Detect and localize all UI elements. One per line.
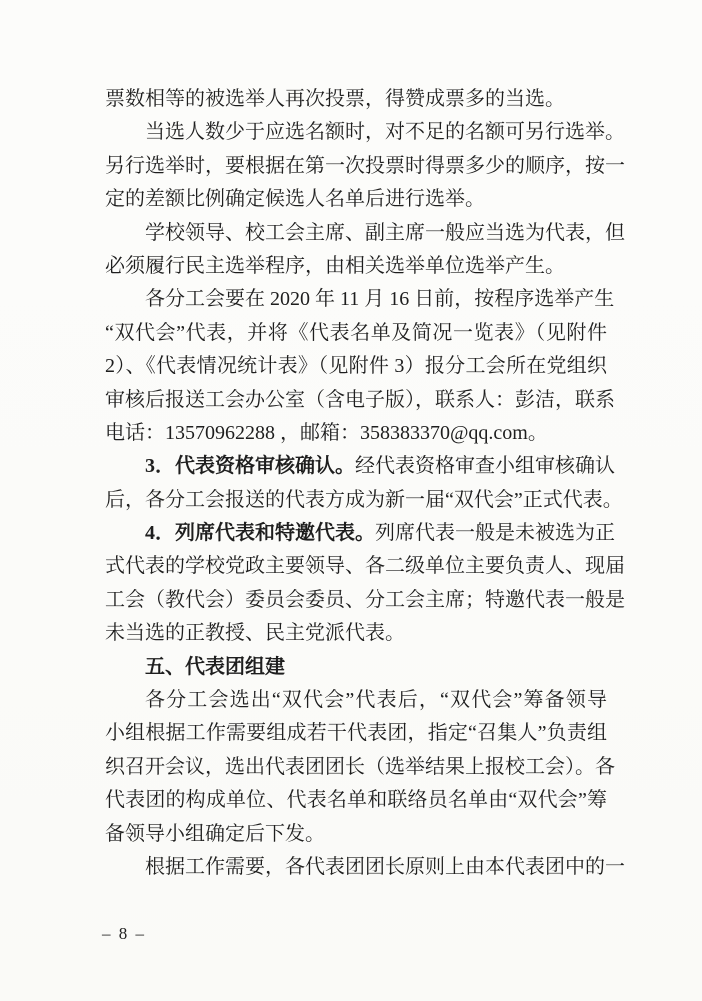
bold-text-segment: 3．代表资格审核确认。 bbox=[145, 455, 355, 477]
text-segment: 必须履行民主选举程序，由相关选举单位选举产生。 bbox=[105, 255, 565, 277]
text-line: “双代会”代表，并将《代表名单及简况一览表》（见附件 bbox=[105, 317, 607, 350]
text-line: 3．代表资格审核确认。经代表资格审查小组审核确认 bbox=[105, 450, 607, 483]
text-line: 根据工作需要，各代表团团长原则上由本代表团中的一 bbox=[105, 851, 607, 884]
text-line: 必须履行民主选举程序，由相关选举单位选举产生。 bbox=[105, 250, 607, 283]
text-line: 各分工会选出“双代会”代表后，“双代会”筹备领导 bbox=[105, 684, 607, 717]
text-line: 未当选的正教授、民主党派代表。 bbox=[105, 617, 607, 650]
text-segment: 织召开会议，选出代表团团长（选举结果上报校工会）。各 bbox=[105, 756, 615, 778]
text-line: 电话：13570962288 ，邮箱：358383370@qq.com。 bbox=[105, 417, 607, 450]
text-segment: 定的差额比例确定候选人名单后进行选举。 bbox=[105, 188, 485, 210]
text-line: 备领导小组确定后下发。 bbox=[105, 818, 607, 851]
text-segment: 各分工会要在 2020 年 11 月 16 日前，按程序选举产生 bbox=[145, 288, 614, 310]
text-line: 定的差额比例确定候选人名单后进行选举。 bbox=[105, 183, 607, 216]
bold-text-segment: 4．列席代表和特邀代表。 bbox=[145, 522, 375, 544]
text-line: 另行选举时，要根据在第一次投票时得票多少的顺序，按一 bbox=[105, 150, 607, 183]
page-number: – 8 – bbox=[102, 924, 146, 944]
text-line: 审核后报送工会办公室（含电子版），联系人：彭洁，联系 bbox=[105, 384, 607, 417]
text-line: 织召开会议，选出代表团团长（选举结果上报校工会）。各 bbox=[105, 751, 607, 784]
text-line: 当选人数少于应选名额时，对不足的名额可另行选举。 bbox=[105, 116, 607, 149]
text-segment: 根据工作需要，各代表团团长原则上由本代表团中的一 bbox=[145, 856, 625, 878]
text-segment: 代表团的构成单位、代表名单和联络员名单由“双代会”筹 bbox=[105, 789, 607, 811]
text-line: 4．列席代表和特邀代表。列席代表一般是未被选为正 bbox=[105, 517, 607, 550]
text-line: 式代表的学校党政主要领导、各二级单位主要负责人、现届 bbox=[105, 550, 607, 583]
text-segment: 经代表资格审查小组审核确认 bbox=[355, 455, 615, 477]
text-segment: “双代会”代表，并将《代表名单及简况一览表》（见附件 bbox=[105, 322, 607, 344]
text-segment: 当选人数少于应选名额时，对不足的名额可另行选举。 bbox=[145, 121, 625, 143]
text-segment: 列席代表一般是未被选为正 bbox=[375, 522, 615, 544]
scanned-document-page: 票数相等的被选举人再次投票，得赞成票多的当选。当选人数少于应选名额时，对不足的名… bbox=[0, 0, 702, 1001]
text-segment: 票数相等的被选举人再次投票，得赞成票多的当选。 bbox=[105, 88, 565, 110]
text-line: 小组根据工作需要组成若干代表团，指定“召集人”负责组 bbox=[105, 717, 607, 750]
text-segment: 电话：13570962288 ，邮箱：358383370@qq.com。 bbox=[105, 422, 548, 444]
text-segment: 学校领导、校工会主席、副主席一般应当选为代表，但 bbox=[145, 222, 625, 244]
text-line: 五、代表团组建 bbox=[105, 651, 607, 684]
text-segment: 工会（教代会）委员会委员、分工会主席；特邀代表一般是 bbox=[105, 589, 625, 611]
text-segment: 小组根据工作需要组成若干代表团，指定“召集人”负责组 bbox=[105, 722, 607, 744]
document-body-text: 票数相等的被选举人再次投票，得赞成票多的当选。当选人数少于应选名额时，对不足的名… bbox=[105, 83, 607, 884]
text-line: 各分工会要在 2020 年 11 月 16 日前，按程序选举产生 bbox=[105, 283, 607, 316]
text-line: 票数相等的被选举人再次投票，得赞成票多的当选。 bbox=[105, 83, 607, 116]
text-segment: 2）、《代表情况统计表》（见附件 3）报分工会所在党组织 bbox=[105, 355, 607, 377]
text-line: 后，各分工会报送的代表方成为新一届“双代会”正式代表。 bbox=[105, 484, 607, 517]
text-segment: 后，各分工会报送的代表方成为新一届“双代会”正式代表。 bbox=[105, 489, 623, 511]
text-line: 学校领导、校工会主席、副主席一般应当选为代表，但 bbox=[105, 217, 607, 250]
text-segment: 审核后报送工会办公室（含电子版），联系人：彭洁，联系 bbox=[105, 389, 615, 411]
text-line: 工会（教代会）委员会委员、分工会主席；特邀代表一般是 bbox=[105, 584, 607, 617]
text-line: 代表团的构成单位、代表名单和联络员名单由“双代会”筹 bbox=[105, 784, 607, 817]
text-segment: 未当选的正教授、民主党派代表。 bbox=[105, 622, 405, 644]
text-line: 2）、《代表情况统计表》（见附件 3）报分工会所在党组织 bbox=[105, 350, 607, 383]
text-segment: 另行选举时，要根据在第一次投票时得票多少的顺序，按一 bbox=[105, 155, 625, 177]
text-segment: 式代表的学校党政主要领导、各二级单位主要负责人、现届 bbox=[105, 555, 625, 577]
text-segment: 各分工会选出“双代会”代表后，“双代会”筹备领导 bbox=[145, 689, 607, 711]
bold-text-segment: 五、代表团组建 bbox=[145, 656, 285, 678]
text-segment: 备领导小组确定后下发。 bbox=[105, 823, 325, 845]
